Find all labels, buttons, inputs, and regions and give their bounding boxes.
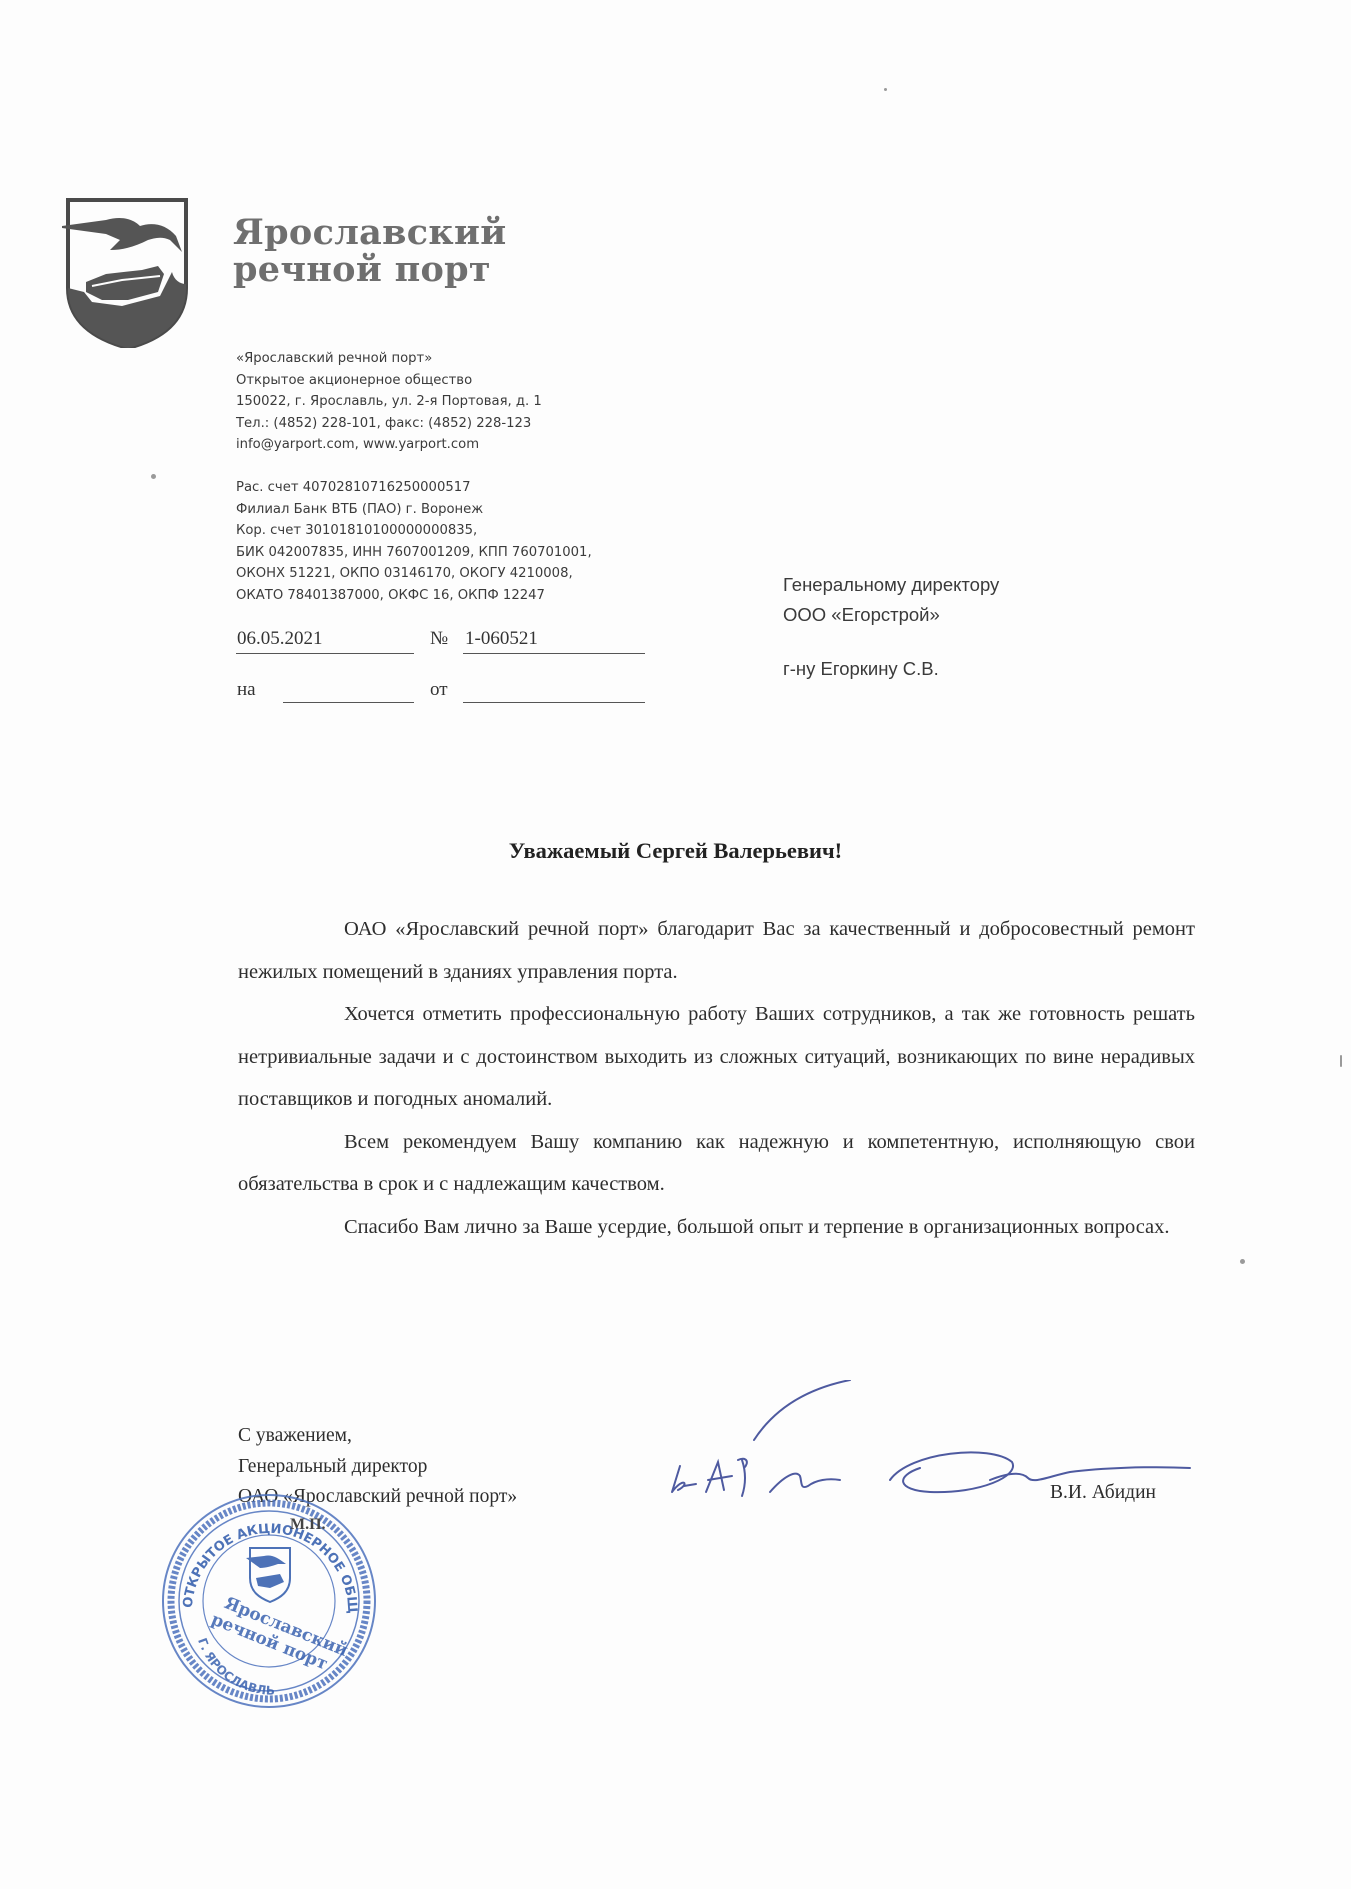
address-line: 150022, г. Ярославль, ул. 2-я Портовая, … (236, 391, 542, 413)
company-stamp-icon: ОТКРЫТОЕ АКЦИОНЕРНОЕ ОБЩЕСТВО Ярославски… (158, 1490, 380, 1712)
brand-name: Ярославский речной порт (233, 214, 506, 288)
closing-regards: С уважением, (238, 1421, 517, 1452)
body-paragraph: Всем рекомендуем Вашу компанию как надеж… (238, 1121, 1195, 1206)
salutation: Уважаемый Сергей Валерьевич! (0, 838, 1351, 864)
bank-line: Кор. счет 30101810100000000835, (236, 520, 592, 542)
stamp-placeholder-mp: М.П. (290, 1516, 326, 1534)
document-date: 06.05.2021 (237, 628, 323, 650)
bank-line: ОКОНХ 51221, ОКПО 03146170, ОКОГУ 421000… (236, 563, 592, 585)
bank-line: БИК 042007835, ИНН 7607001209, КПП 76070… (236, 542, 592, 564)
bank-line: Филиал Банк ВТБ (ПАО) г. Воронеж (236, 499, 592, 521)
scan-speck (1340, 1055, 1342, 1067)
on-underline (283, 702, 414, 703)
body-paragraph: Хочется отметить профессиональную работу… (238, 993, 1195, 1121)
recipient-name: г-ну Егоркину С.В. (783, 654, 999, 684)
on-label: на (237, 679, 256, 701)
letter-body: ОАО «Ярославский речной порт» благодарит… (238, 908, 1195, 1248)
address-line: Открытое акционерное общество (236, 370, 542, 392)
bank-line: Рас. счет 40702810716250000517 (236, 477, 592, 499)
bank-line: ОКАТО 78401387000, ОКФС 16, ОКПФ 12247 (236, 585, 592, 607)
from-underline (463, 702, 645, 703)
address-line: Тел.: (4852) 228-101, факс: (4852) 228-1… (236, 413, 542, 435)
recipient-title: Генеральному директору (783, 570, 999, 600)
signer-name: В.И. Абидин (1050, 1482, 1156, 1504)
recipient-block: Генеральному директору ООО «Егорстрой» г… (783, 570, 999, 684)
body-paragraph: Спасибо Вам лично за Ваше усердие, больш… (238, 1206, 1195, 1249)
address-line: info@yarport.com, www.yarport.com (236, 434, 542, 456)
shield-bird-boat-icon (62, 196, 194, 348)
brand-line-2: речной порт (233, 251, 506, 288)
body-paragraph: ОАО «Ярославский речной порт» благодарит… (238, 908, 1195, 993)
date-underline (236, 653, 414, 654)
document-number: 1-060521 (465, 628, 538, 650)
recipient-company: ООО «Егорстрой» (783, 600, 999, 630)
address-line: «Ярославский речной порт» (236, 348, 542, 370)
closing-position: Генеральный директор (238, 1452, 517, 1483)
scan-speck (884, 88, 887, 91)
company-address: «Ярославский речной порт» Открытое акцио… (236, 348, 542, 456)
from-label: от (430, 679, 448, 701)
bank-details: Рас. счет 40702810716250000517 Филиал Ба… (236, 477, 592, 607)
scan-speck (1240, 1259, 1245, 1264)
scan-speck (151, 474, 156, 479)
number-underline (463, 653, 645, 654)
brand-line-1: Ярославский (233, 214, 506, 251)
number-sign: № (430, 628, 448, 650)
